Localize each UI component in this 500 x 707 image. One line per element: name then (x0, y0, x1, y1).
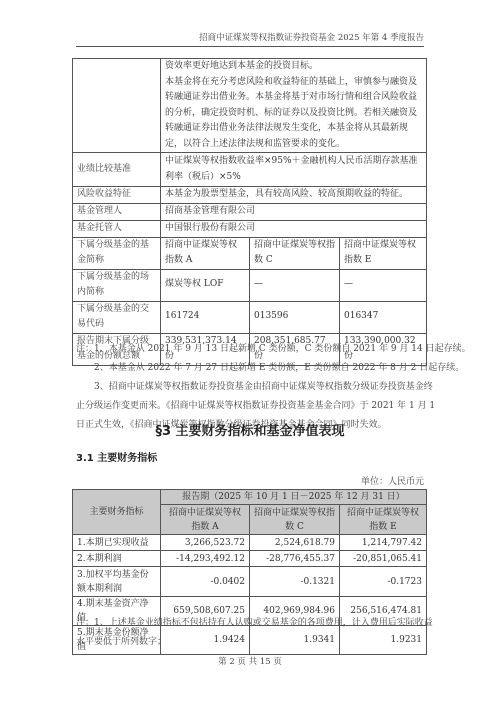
page-number: 第 2 页 共 15 页 (0, 655, 500, 667)
note-line: 注：1、本基金从 2021 年 9 月 13 日起新增 C 类份额，C 类份额自… (76, 340, 428, 359)
table-row: 风险收益特征 本基金为股票型基金，具有较高风险、较高预期收益的特征。 (73, 187, 427, 204)
note-line: 2、本基金从 2022 年 7 月 27 日起新增 E 类份额，E 类份额自 2… (76, 359, 428, 378)
row-label: 1.本期已实现收益 (73, 535, 161, 551)
cell-class-e: 招商中证煤炭等权指数 E (340, 237, 427, 269)
row-value: 招商基金管理有限公司 (161, 204, 427, 221)
row-label: 3.加权平均基金份额本期利润 (73, 567, 161, 597)
empty-label-cell (73, 59, 161, 153)
row-label: 基金托管人 (73, 220, 161, 237)
row-label: 下属分级基金的场内简称 (73, 269, 161, 301)
value-e: -20,851,065.41 (340, 551, 427, 567)
note-line: 水平要低于所列数字； (76, 633, 428, 652)
table-row: 2.本期利润 -14,293,492.12 -28,776,455.37 -20… (73, 551, 427, 567)
cell-class-e: — (340, 269, 427, 301)
table-row: 资效率更好地达到本基金的投资目标。 本基金将在充分考虑风险和收益特征的基础上，审… (73, 59, 427, 153)
cell-class-a: 161724 (161, 301, 250, 333)
row-label: 下属分级基金的交易代码 (73, 301, 161, 333)
table-row: 下属分级基金的场内简称 煤炭等权 LOF — — (73, 269, 427, 301)
period-header: 报告期（2025 年 10 月 1 日－2025 年 12 月 31 日） (161, 490, 427, 505)
value-a: -14,293,492.12 (161, 551, 250, 567)
subsection-heading: 3.1 主要财务指标 (76, 449, 157, 464)
column-header-c: 招商中证煤炭等权指数 C (250, 505, 340, 535)
cell-class-c: 013596 (250, 301, 340, 333)
value-a: 3,266,523.72 (161, 535, 250, 551)
value-c: -0.1321 (250, 567, 340, 597)
fund-overview-table: 资效率更好地达到本基金的投资目标。 本基金将在充分考虑风险和收益特征的基础上，审… (72, 58, 427, 366)
table-row: 基金管理人 招商基金管理有限公司 (73, 204, 427, 221)
row-label: 下属分级基金的基金简称 (73, 237, 161, 269)
cell-class-e: 016347 (340, 301, 427, 333)
cell-class-c: — (250, 269, 340, 301)
row-value: 本基金为股票型基金，具有较高风险、较高预期收益的特征。 (161, 187, 427, 204)
table-row: 下属分级基金的交易代码 161724 013596 016347 (73, 301, 427, 333)
table-row: 基金托管人 中国银行股份有限公司 (73, 220, 427, 237)
row-label: 基金管理人 (73, 204, 161, 221)
unit-label: 单位：人民币元 (300, 474, 424, 487)
row-label: 风险收益特征 (73, 187, 161, 204)
table-row: 业绩比较基准 中证煤炭等权指数收益率×95%＋金融机构人民币活期存款基准利率（税… (73, 153, 427, 187)
page-header: 招商中证煤炭等权指数证券投资基金 2025 年第 4 季度报告 (76, 32, 424, 47)
note-line: 止分级运作变更而来。《招商中证煤炭等权指数证券投资基金基金合同》于 2021 年… (76, 397, 428, 416)
cell-class-a: 招商中证煤炭等权指数 A (161, 237, 250, 269)
section-heading: §3 主要财务指标和基金净值表现 (0, 420, 500, 439)
value-c: 2,524,618.79 (250, 535, 340, 551)
strategy-text-2: 本基金将在充分考虑风险和收益特征的基础上，审慎参与融资及转融通证券出借业务。本基… (165, 75, 422, 153)
note-line: 3、招商中证煤炭等权指数证券投资基金由招商中证煤炭等权指数分级证券投资基金终 (76, 378, 428, 397)
row-label: 2.本期利润 (73, 551, 161, 567)
report-title: 招商中证煤炭等权指数证券投资基金 2025 年第 4 季度报告 (199, 33, 424, 43)
cell-class-a: 煤炭等权 LOF (161, 269, 250, 301)
value-c: -28,776,455.37 (250, 551, 340, 567)
column-header-a: 招商中证煤炭等权指数 A (161, 505, 250, 535)
note-line: 注：1、上述基金业绩指标不包括持有人认购或交易基金的各项费用，计入费用后实际收益 (76, 614, 428, 633)
strategy-text-1: 资效率更好地达到本基金的投资目标。 (165, 59, 422, 75)
value-e: 1,214,797.42 (340, 535, 427, 551)
cell-class-c: 招商中证煤炭等权指数 C (250, 237, 340, 269)
value-e: -0.1723 (340, 567, 427, 597)
row-header-cell: 主要财务指标 (73, 490, 161, 535)
notes-section-2: 注：1、上述基金业绩指标不包括持有人认购或交易基金的各项费用，计入费用后实际收益… (76, 614, 428, 652)
strategy-cell: 资效率更好地达到本基金的投资目标。 本基金将在充分考虑风险和收益特征的基础上，审… (161, 59, 427, 153)
row-label: 业绩比较基准 (73, 153, 161, 187)
row-value: 中证煤炭等权指数收益率×95%＋金融机构人民币活期存款基准利率（税后）×5% (161, 153, 427, 187)
value-a: -0.0402 (161, 567, 250, 597)
table-row: 下属分级基金的基金简称 招商中证煤炭等权指数 A 招商中证煤炭等权指数 C 招商… (73, 237, 427, 269)
row-value: 中国银行股份有限公司 (161, 220, 427, 237)
table-row: 3.加权平均基金份额本期利润 -0.0402 -0.1321 -0.1723 (73, 567, 427, 597)
column-header-e: 招商中证煤炭等权指数 E (340, 505, 427, 535)
table-header-row: 主要财务指标 报告期（2025 年 10 月 1 日－2025 年 12 月 3… (73, 490, 427, 505)
table-row: 1.本期已实现收益 3,266,523.72 2,524,618.79 1,21… (73, 535, 427, 551)
